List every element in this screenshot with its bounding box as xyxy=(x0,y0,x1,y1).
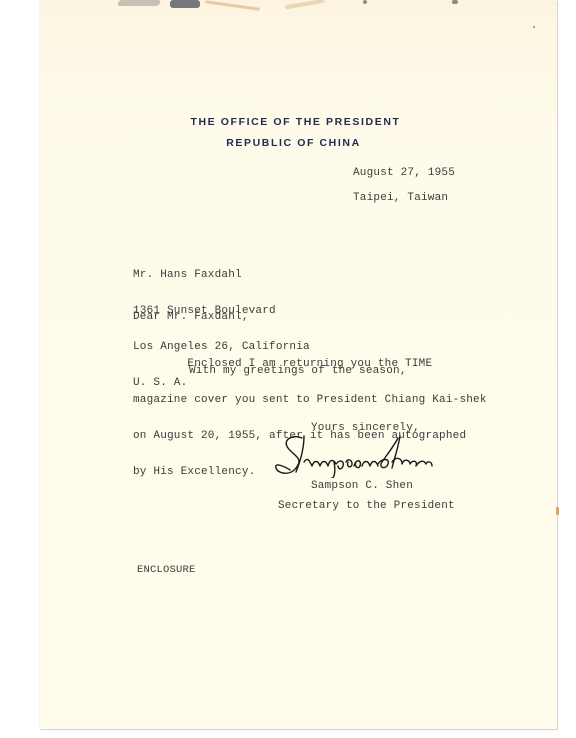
salutation: Dear Mr. Faxdahl, xyxy=(133,311,249,323)
signer-name: Sampson C. Shen xyxy=(311,480,413,492)
tape-residue xyxy=(117,0,161,6)
season-greeting: With my greetings of the season, xyxy=(189,365,407,377)
letterhead-office: THE OFFICE OF THE PRESIDENT xyxy=(37,116,554,128)
letter-date: August 27, 1955 xyxy=(353,167,455,179)
tape-residue xyxy=(170,0,200,8)
stain-mark xyxy=(556,507,559,515)
body-line: magazine cover you sent to President Chi… xyxy=(133,394,487,406)
recipient-name: Mr. Hans Faxdahl xyxy=(133,269,310,281)
stain-spot xyxy=(363,0,367,4)
letter-place: Taipei, Taiwan xyxy=(353,192,448,204)
signer-title: Secretary to the President xyxy=(278,500,455,512)
tape-residue xyxy=(285,0,325,9)
stain-spot xyxy=(452,0,458,4)
enclosure-note: ENCLOSURE xyxy=(137,564,196,576)
letterhead-country: REPUBLIC OF CHINA xyxy=(35,137,552,149)
handwritten-signature xyxy=(274,432,454,478)
tape-residue xyxy=(205,0,260,11)
stain-spot xyxy=(533,26,535,28)
letter-page: THE OFFICE OF THE PRESIDENT REPUBLIC OF … xyxy=(40,0,557,729)
